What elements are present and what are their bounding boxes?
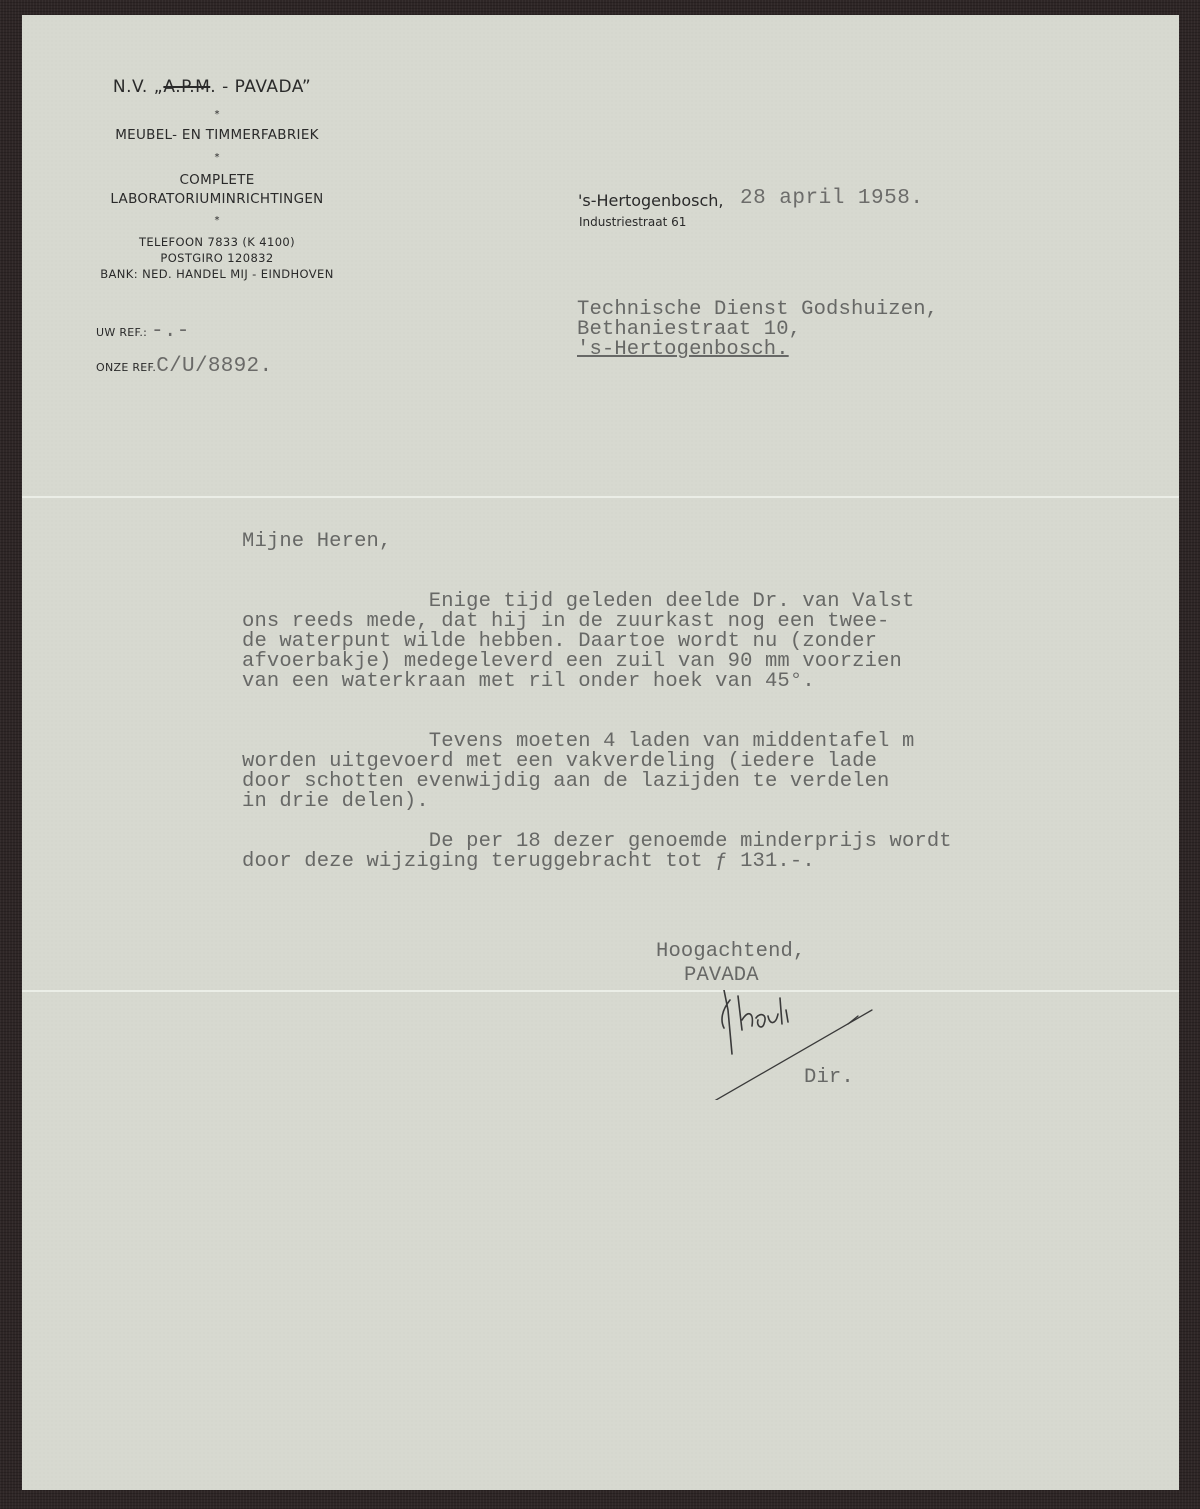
signature-company: PAVADA <box>684 966 759 986</box>
letter-date: 28 april 1958. <box>740 187 923 210</box>
paragraph-3: De per 18 dezer genoemde minderprijs wor… <box>242 832 952 872</box>
recipient-address: Technische Dienst Godshuizen,Bethaniestr… <box>577 300 938 360</box>
body-line: door schotten evenwijdig aan de lazijden… <box>242 772 914 792</box>
paragraph-2: Tevens moeten 4 laden van middentafel mw… <box>242 732 914 812</box>
letterhead-postgiro: POSTGIRO 120832 <box>82 251 352 265</box>
body-line: Enige tijd geleden deelde Dr. van Valst <box>242 592 914 612</box>
sender-street: Industriestraat 61 <box>579 215 686 229</box>
body-line: de waterpunt wilde hebben. Daartoe wordt… <box>242 632 914 652</box>
company-prefix: N.V. „ <box>113 77 164 97</box>
uw-ref: UW REF.: -.- <box>96 320 190 343</box>
onze-ref: ONZE REF.C/U/8892. <box>96 355 272 378</box>
star-divider: * <box>82 109 352 120</box>
sender-city: 's-Hertogenbosch, <box>578 191 723 210</box>
letter-page: N.V. „A.P.M. - PAVADA” * MEUBEL- EN TIMM… <box>22 15 1179 1490</box>
uw-ref-label: UW REF.: <box>96 326 147 339</box>
body-line: Tevens moeten 4 laden van middentafel m <box>242 732 914 752</box>
recipient-line: Bethaniestraat 10, <box>577 320 938 340</box>
letterhead-bank: BANK: NED. HANDEL MIJ - EINDHOVEN <box>82 267 352 281</box>
recipient-city: 's-Hertogenbosch. <box>577 340 938 360</box>
fold-line <box>22 496 1179 498</box>
fold-line <box>22 990 1179 992</box>
handwritten-signature-icon <box>672 990 892 1100</box>
body-line: van een waterkraan met ril onder hoek va… <box>242 672 914 692</box>
body-line: afvoerbakje) medegeleverd een zuil van 9… <box>242 652 914 672</box>
letterhead-line-complete: COMPLETE <box>82 172 352 188</box>
uw-ref-value: -.- <box>151 320 190 343</box>
closing: Hoogachtend, <box>656 942 805 962</box>
paragraph-1: Enige tijd geleden deelde Dr. van Valsto… <box>242 592 914 692</box>
star-divider: * <box>82 152 352 163</box>
onze-ref-value: C/U/8892. <box>156 355 272 378</box>
company-suffix: . - PAVADA” <box>210 77 311 97</box>
letterhead-company: N.V. „A.P.M. - PAVADA” <box>82 77 342 97</box>
body-line: De per 18 dezer genoemde minderprijs wor… <box>242 832 952 852</box>
recipient-line: Technische Dienst Godshuizen, <box>577 300 938 320</box>
body-line: door deze wijziging teruggebracht tot ƒ … <box>242 852 952 872</box>
onze-ref-label: ONZE REF. <box>96 361 156 374</box>
signatory-title: Dir. <box>804 1068 854 1088</box>
body-line: in drie delen). <box>242 792 914 812</box>
body-line: worden uitgevoerd met een vakverdeling (… <box>242 752 914 772</box>
star-divider: * <box>82 215 352 226</box>
body-line: ons reeds mede, dat hij in de zuurkast n… <box>242 612 914 632</box>
letterhead-line-lab: LABORATORIUMINRICHTINGEN <box>82 191 352 207</box>
salutation: Mijne Heren, <box>242 532 391 552</box>
struck-company-name: A.P.M <box>163 77 210 97</box>
letterhead-line-fabriek: MEUBEL- EN TIMMERFABRIEK <box>82 127 352 143</box>
letterhead-telefoon: TELEFOON 7833 (K 4100) <box>82 235 352 249</box>
